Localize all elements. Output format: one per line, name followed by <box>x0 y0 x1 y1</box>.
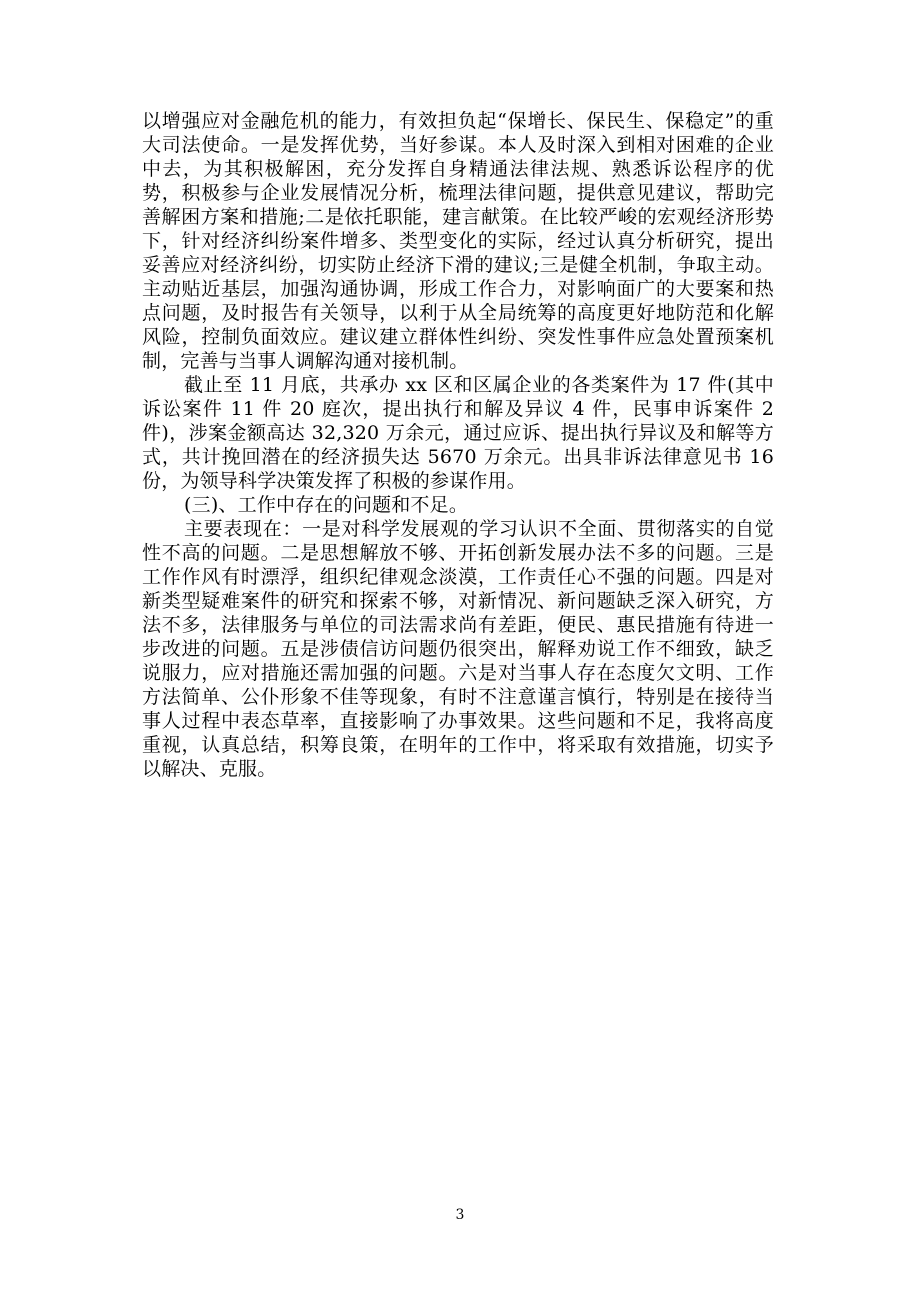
document-page: 以增强应对金融危机的能力，有效担负起“保增长、保民生、保稳定”的重大司法使命。一… <box>0 0 920 1302</box>
page-number: 3 <box>0 1205 920 1225</box>
section-heading-problems: (三)、工作中存在的问题和不足。 <box>142 493 774 517</box>
paragraph-problems-detail: 主要表现在：一是对科学发展观的学习认识不全面、贯彻落实的自觉性不高的问题。二是思… <box>142 517 774 781</box>
paragraph-judicial-mission: 以增强应对金融危机的能力，有效担负起“保增长、保民生、保稳定”的重大司法使命。一… <box>142 109 774 373</box>
paragraph-case-statistics: 截止至 11 月底，共承办 xx 区和区属企业的各类案件为 17 件(其中诉讼案… <box>142 373 774 493</box>
document-body: 以增强应对金融危机的能力，有效担负起“保增长、保民生、保稳定”的重大司法使命。一… <box>142 109 774 781</box>
